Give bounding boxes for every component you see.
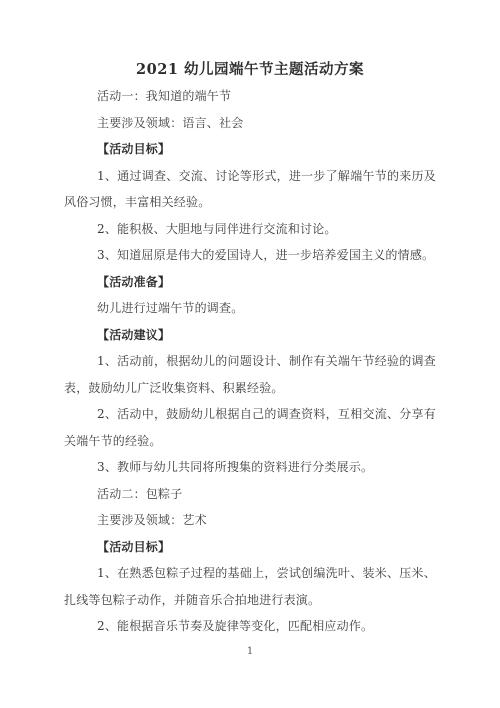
paragraph: 活动二：包粽子 (64, 481, 436, 508)
paragraph: 活动一：我知道的端午节 (64, 83, 436, 110)
paragraph: 3、知道屈原是伟大的爱国诗人，进一步培养爱国主义的情感。 (64, 242, 436, 269)
paragraph: 【活动目标】 (64, 136, 436, 163)
paragraph: 幼儿进行过端午节的调查。 (64, 295, 436, 322)
paragraph: 3、教师与幼儿共同将所搜集的资料进行分类展示。 (64, 454, 436, 481)
page-number: 1 (0, 644, 500, 660)
paragraph: 1、在熟悉包粽子过程的基础上，尝试创编洗叶、装米、压米、扎线等包粽子动作，并随音… (64, 560, 436, 613)
paragraph: 主要涉及领域：语言、社会 (64, 110, 436, 137)
paragraph: 2、能积极、大胆地与同伴进行交流和讨论。 (64, 216, 436, 243)
paragraph: 1、通过调查、交流、讨论等形式，进一步了解端午节的来历及风俗习惯，丰富相关经验。 (64, 163, 436, 216)
document-body: 2021 幼儿园端午节主题活动方案 活动一：我知道的端午节主要涉及领域：语言、社… (64, 56, 436, 640)
paragraph: 【活动建议】 (64, 322, 436, 349)
paragraph: 1、活动前，根据幼儿的问题设计、制作有关端午节经验的调查表，鼓励幼儿广泛收集资料… (64, 348, 436, 401)
paragraph-list: 活动一：我知道的端午节主要涉及领域：语言、社会【活动目标】1、通过调查、交流、讨… (64, 83, 436, 640)
paragraph: 2、活动中，鼓励幼儿根据自己的调查资料，互相交流、分享有关端午节的经验。 (64, 401, 436, 454)
paragraph: 2、能根据音乐节奏及旋律等变化，匹配相应动作。 (64, 613, 436, 640)
paragraph: 【活动准备】 (64, 269, 436, 296)
paragraph: 主要涉及领域：艺术 (64, 507, 436, 534)
document-page: 2021 幼儿园端午节主题活动方案 活动一：我知道的端午节主要涉及领域：语言、社… (0, 0, 500, 708)
paragraph: 【活动目标】 (64, 534, 436, 561)
document-title: 2021 幼儿园端午节主题活动方案 (64, 56, 436, 83)
